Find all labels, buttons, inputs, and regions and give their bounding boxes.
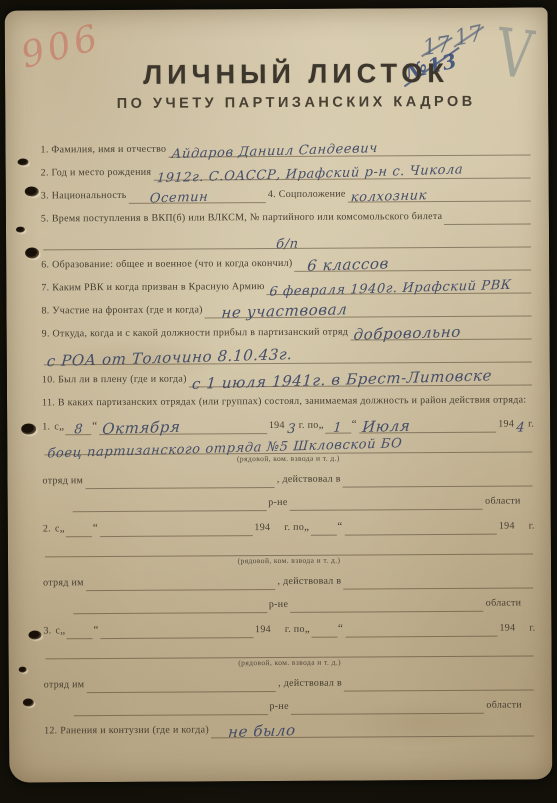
record-dates-row: 2. с „ “ 194 г. по „ “ 194 (43, 511, 535, 537)
record-label-acted: , действовал в (277, 472, 341, 487)
field-line: Осетин (129, 188, 266, 204)
day-slot: 8 (65, 420, 91, 435)
record-number: 1. (42, 420, 50, 435)
year-digit-slot: 3 (286, 419, 298, 433)
printed-year: 194 (269, 418, 285, 433)
field-label: 5. Время поступления в ВКП(б) или ВЛКСМ,… (41, 210, 443, 227)
record-label-unit: отряд им (43, 576, 84, 591)
quote-mark: „ (304, 520, 309, 535)
handwritten-month: Октября (102, 420, 181, 435)
field-row-birth: 2. Год и место рождения 1912г. С.ОАССР, … (41, 155, 533, 181)
field-line: с 1 июля 1941г. в Брест-Литовске (189, 369, 532, 387)
scanned-document-background: 906 17 17 №13 V ЛИЧНЫЙ ЛИСТОК ПО УЧЕТУ П… (0, 0, 557, 803)
service-record-1: 1. с „ 8 “ Октября 194 3 г. по „ 1 “ Июл… (42, 409, 535, 512)
field-label: 9. Откуда, когда и с какой должности при… (42, 326, 349, 343)
printed-year: 194 (254, 521, 270, 536)
quote-mark: “ (93, 522, 98, 537)
month-line (345, 622, 497, 637)
handwritten-captivity: с 1 июля 1941г. в Брест-Литовске (191, 369, 492, 391)
month-line: Октября (99, 418, 267, 435)
record-unit-row: отряд им , действовал в (43, 565, 535, 591)
record-label-unit: отряд им (44, 678, 85, 693)
field-row-surname: 1. Фамилия, имя и отчество Айдаров Дании… (40, 132, 532, 158)
quote-mark: “ (337, 520, 342, 535)
record-label-oblast: области (486, 698, 522, 713)
year-digit-slot (516, 623, 528, 636)
record-label-oblast: области (486, 596, 522, 611)
field-line: б/п (43, 232, 531, 250)
handwritten-wounds: не было (228, 724, 297, 739)
quote-mark: „ (319, 418, 324, 433)
day-slot (310, 521, 336, 535)
year-digit-slot (272, 624, 284, 637)
record-district-row: р-не области (43, 588, 535, 614)
year-digit-slot (271, 522, 283, 535)
record-unit-row: отряд им , действовал в (42, 463, 534, 489)
field-line: не было (211, 720, 534, 738)
form-title: ЛИЧНЫЙ ЛИСТОК (40, 57, 532, 91)
record-number: 3. (43, 624, 51, 639)
field-row-party-continuation: б/п (41, 224, 533, 250)
record-label-year: г. (529, 621, 535, 636)
handwritten-nationality: Осетин (149, 191, 208, 206)
handwritten-year-digit: 3 (287, 422, 297, 435)
handwritten-education: 6 классов (307, 257, 390, 272)
month-line: Июля (359, 416, 496, 433)
handwritten-social-position: колхозник (350, 189, 427, 204)
quote-mark: „ (60, 624, 65, 639)
printed-year: 194 (255, 623, 271, 638)
handwritten-month: Июля (361, 419, 410, 433)
quote-mark: “ (92, 420, 97, 435)
field-row-units-intro: 11. В каких партизанских отрядах (или гр… (42, 394, 534, 410)
field-row-wounds: 12. Ранения и контузии (где и когда) не … (44, 713, 536, 739)
record-district-row: р-не области (43, 486, 535, 512)
handwritten-party-status: б/п (275, 238, 298, 252)
field-label: 6. Образование: общее и военное (что и к… (41, 257, 292, 274)
printed-year: 194 (498, 417, 514, 432)
field-label: 4. Соцположение (268, 188, 346, 203)
position-line (46, 642, 534, 659)
service-record-3: 3. с „ “ 194 г. по „ “ 194 (43, 613, 536, 716)
handwritten-year-digit: 4 (516, 421, 526, 434)
record-label-unit: отряд им (42, 474, 83, 489)
field-row-arrival-continuation: с РОА от Толочино 8.10.43г. (42, 339, 534, 365)
record-position-row (43, 636, 535, 659)
field-row-party: 5. Время поступления в ВКП(б) или ВЛКСМ,… (41, 201, 533, 227)
month-line (101, 624, 253, 639)
record-dates-row: 3. с „ “ 194 г. по „ “ 194 (43, 613, 535, 639)
form-fields: 1. Фамилия, имя и отчество Айдаров Дании… (40, 132, 536, 738)
handwritten-day: 1 (333, 421, 343, 434)
printed-year: 194 (499, 621, 515, 636)
position-line (45, 540, 533, 557)
record-label-district: р-не (269, 699, 288, 714)
quote-mark: „ (305, 622, 310, 637)
record-position-row (43, 534, 535, 557)
form-subtitle: ПО УЧЕТУ ПАРТИЗАНСКИХ КАДРОВ (40, 93, 532, 112)
field-label: 3. Национальность (41, 189, 127, 205)
quote-mark: „ (59, 420, 64, 435)
field-line: с РОА от Толочино 8.10.43г. (44, 346, 532, 365)
printed-year: 194 (499, 519, 515, 534)
handwritten-fronts: не участвовал (221, 303, 348, 320)
field-line: 1912г. С.ОАССР, Ирафский р-н с. Чикола (153, 163, 530, 180)
month-line (344, 520, 496, 535)
quote-mark: “ (352, 418, 357, 433)
record-district-row: р-не области (44, 690, 536, 716)
field-label: 7. Каким РВК и когда призван в Красную А… (41, 280, 264, 296)
handwritten-arrival: добровольно (353, 326, 461, 342)
district-line2 (290, 610, 484, 612)
district-line (73, 510, 267, 512)
form-content: ЛИЧНЫЙ ЛИСТОК ПО УЧЕТУ ПАРТИЗАНСКИХ КАДР… (5, 7, 552, 739)
handwritten-day: 8 (73, 423, 83, 436)
day-slot: 1 (325, 418, 351, 433)
field-label: 12. Ранения и контузии (где и когда) (44, 723, 209, 739)
record-number: 2. (43, 522, 51, 537)
field-line: колхозник (348, 186, 531, 202)
day-slot (66, 625, 92, 639)
field-line: Айдаров Даниил Сандеевич (168, 140, 530, 157)
field-line: 6 февраля 1940г. Ирафский РВК (267, 278, 532, 295)
field-label: 10. Был ли в плену (где и когда) (42, 373, 187, 389)
record-dates-row: 1. с „ 8 “ Октября 194 3 г. по „ 1 “ Июл… (42, 409, 534, 435)
year-digit-slot (516, 521, 528, 534)
district-line (73, 612, 267, 614)
record-unit-row: отряд им , действовал в (44, 667, 536, 693)
record-label-district: р-не (269, 597, 288, 612)
record-label-to: г. по (284, 520, 304, 535)
record-label-acted: , действовал в (277, 574, 341, 589)
record-label-year: г. (529, 519, 535, 534)
field-line: не участвовал (205, 300, 532, 318)
month-line (100, 522, 252, 537)
record-label-oblast: области (485, 494, 521, 509)
field-label: 1. Фамилия, имя и отчество (40, 143, 166, 159)
record-label-to: г. по (299, 418, 319, 433)
field-row-arrival: 9. Откуда, когда и с какой должности при… (42, 316, 534, 342)
position-line: боец партизанского отряда №5 Шкловской Б… (44, 437, 532, 455)
record-label-year: г. (528, 417, 534, 432)
quote-mark: “ (93, 624, 98, 639)
day-slot (66, 523, 92, 537)
field-line: 6 классов (294, 254, 531, 271)
field-row-draft: 7. Каким РВК и когда призван в Красную А… (41, 270, 533, 296)
quote-mark: „ (60, 522, 65, 537)
district-line2 (290, 508, 484, 510)
service-record-2: 2. с „ “ 194 г. по „ “ 194 (43, 511, 536, 614)
record-label-acted: , действовал в (278, 676, 342, 691)
form-page: 906 17 17 №13 V ЛИЧНЫЙ ЛИСТОК ПО УЧЕТУ П… (5, 7, 553, 782)
day-slot (311, 623, 337, 637)
record-label-district: р-не (268, 495, 287, 510)
field-label: 8. Участие на фронтах (где и когда) (41, 303, 202, 319)
year-digit-slot: 4 (515, 418, 527, 432)
field-label: 2. Год и место рождения (41, 166, 152, 182)
quote-mark: “ (338, 622, 343, 637)
field-line: добровольно (350, 323, 532, 340)
record-label-to: г. по (285, 622, 305, 637)
